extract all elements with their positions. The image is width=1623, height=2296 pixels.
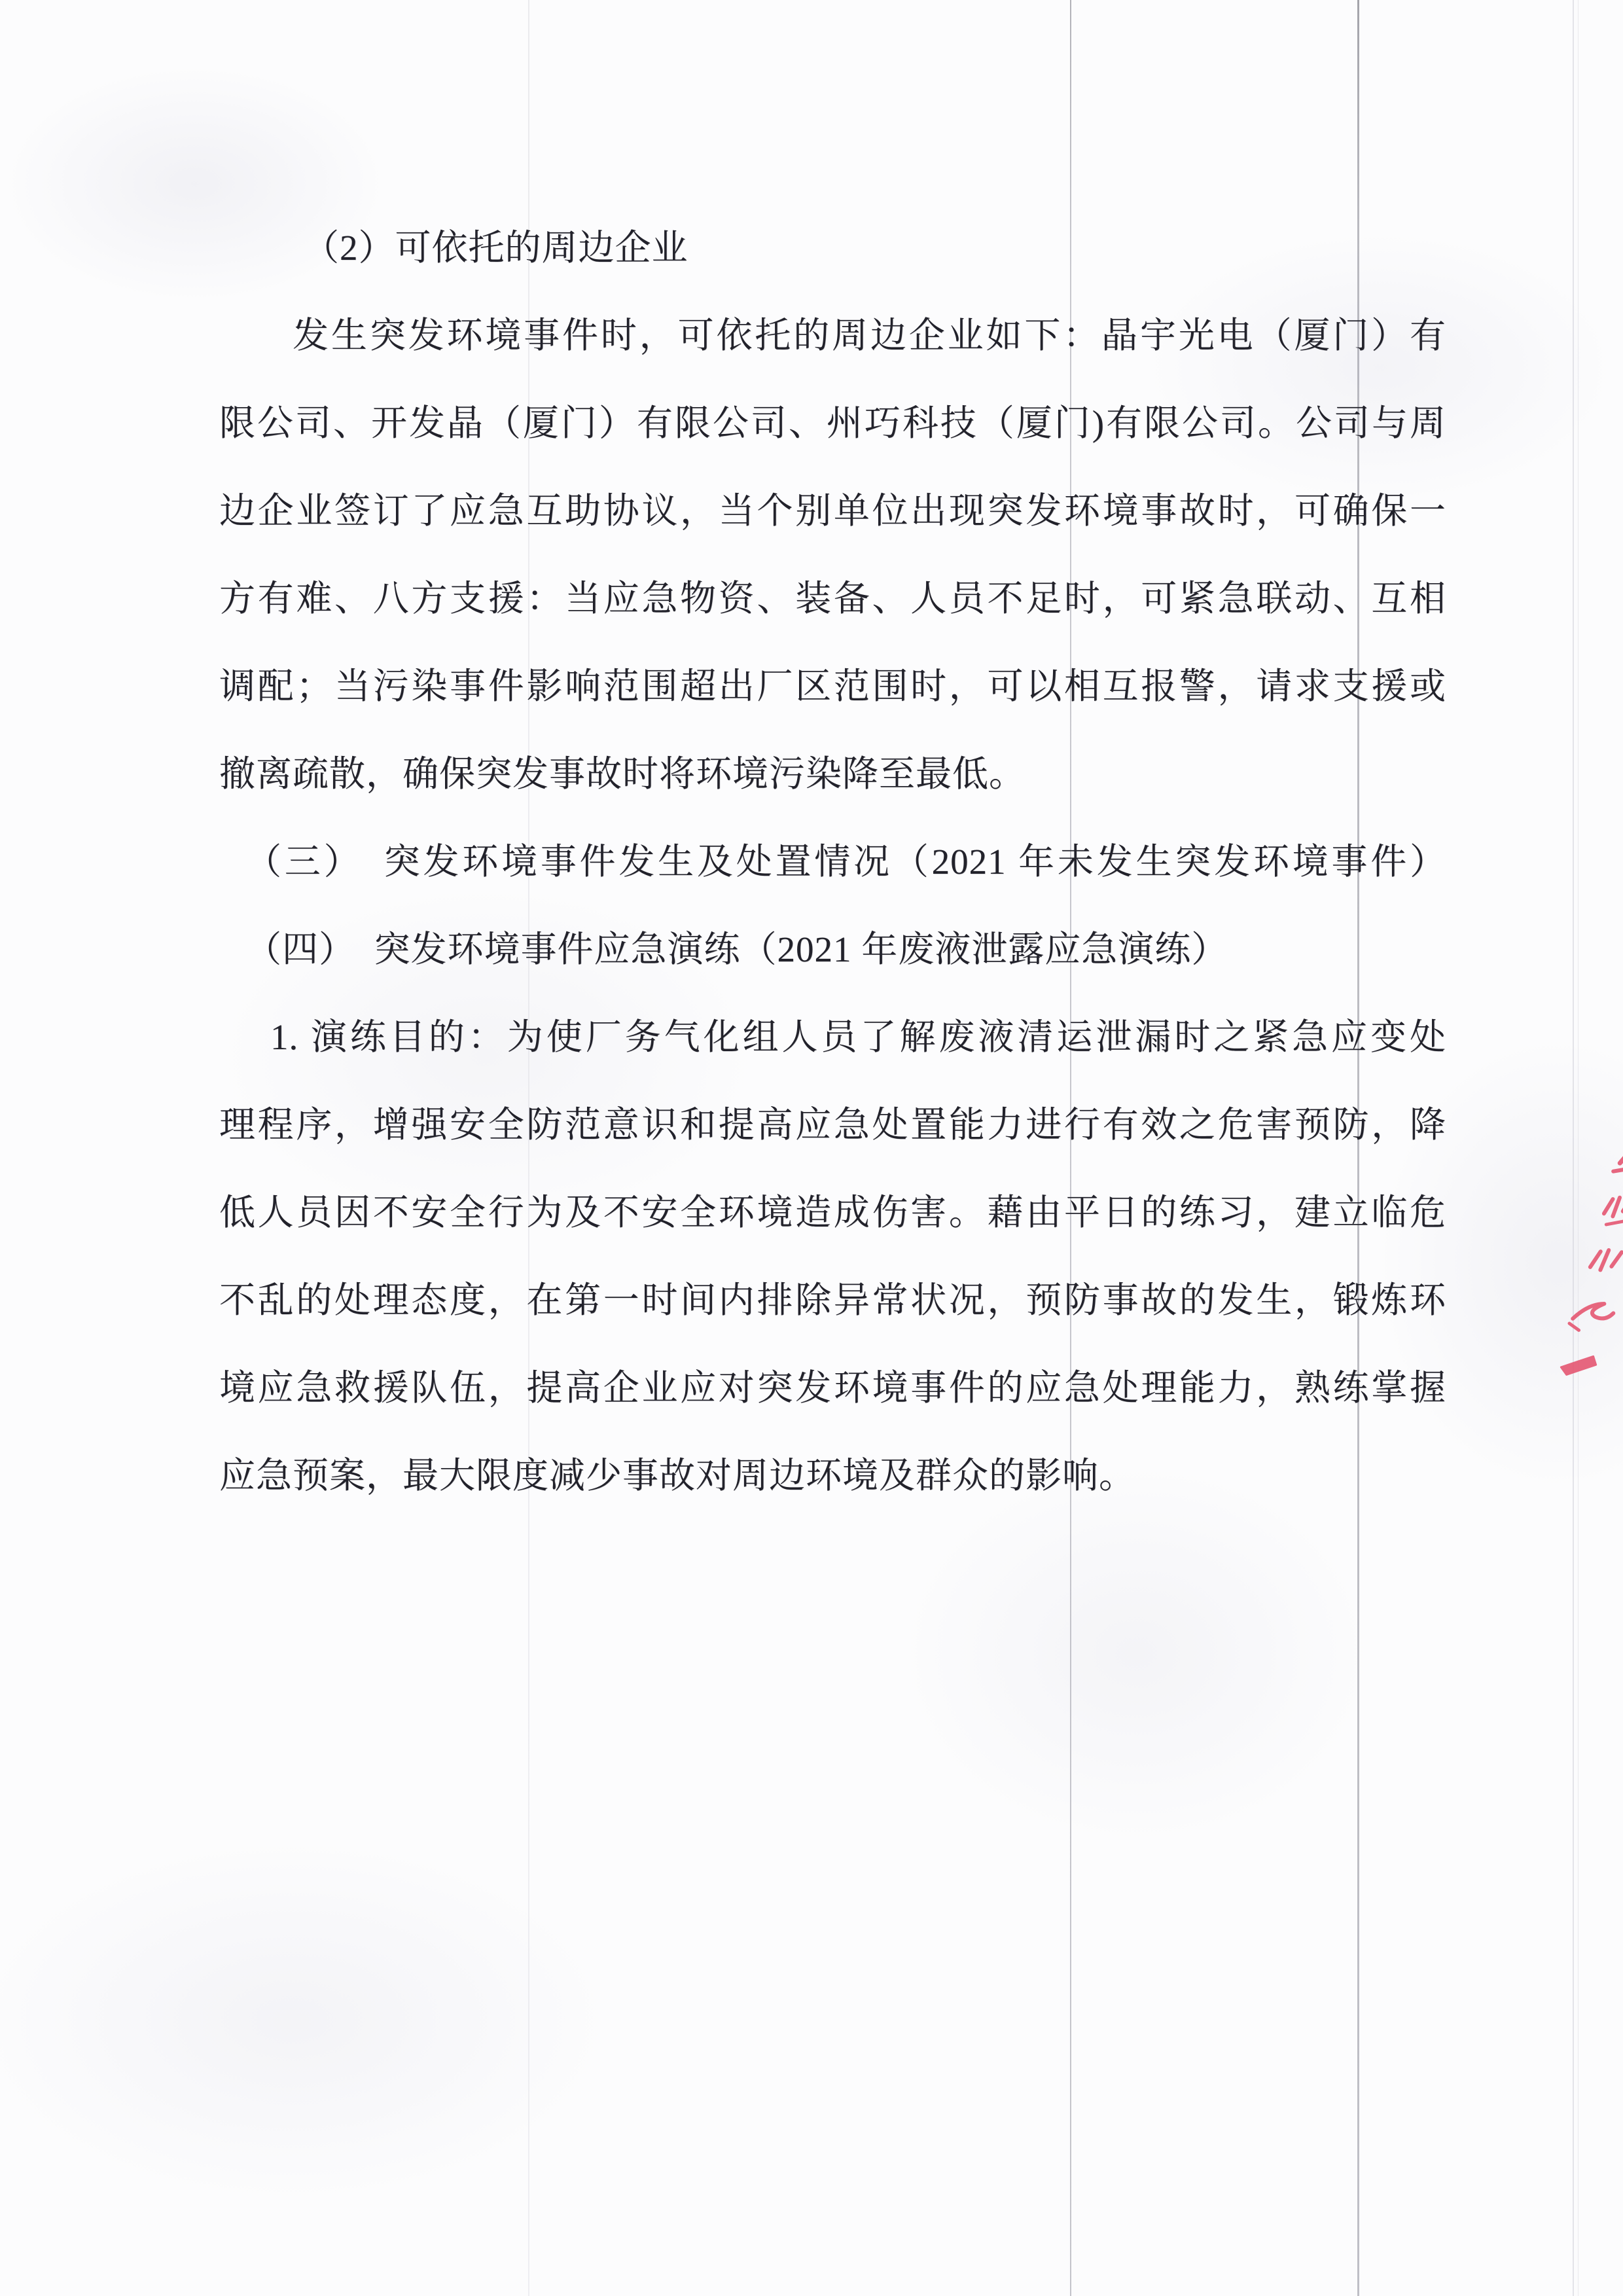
body-line: 不乱的处理态度，在第一时间内排除异常状况，预防事故的发生，锻炼环 xyxy=(219,1257,1446,1344)
scan-fold-line xyxy=(1573,0,1574,2296)
body-line: 理程序，增强安全防范意识和提高应急处置能力进行有效之危害预防，降 xyxy=(219,1081,1446,1169)
body-line: 边企业签订了应急互助协议，当个别单位出现突发环境事故时，可确保一 xyxy=(219,467,1446,555)
section-heading: （2）可依托的周边企业 xyxy=(219,204,1446,292)
body-line: 撤离疏散，确保突发事故时将环境污染降至最低。 xyxy=(219,730,1446,818)
list-heading: （三） 突发环境事件发生及处置情况（2021 年未发生突发环境事件） xyxy=(219,818,1446,906)
body-line: 调配；当污染事件影响范围超出厂区范围时，可以相互报警，请求支援或 xyxy=(219,643,1446,730)
body-line: 限公司、开发晶（厦门）有限公司、州巧科技（厦门)有限公司。公司与周 xyxy=(219,380,1446,467)
body-line: 境应急救援队伍，提高企业应对突发环境事件的应急处理能力，熟练掌握 xyxy=(219,1344,1446,1432)
scan-fold-line xyxy=(1578,0,1578,2296)
document-body: （2）可依托的周边企业发生突发环境事件时，可依托的周边企业如下：晶宇光电（厦门）… xyxy=(219,204,1446,1520)
body-line: 1. 演练目的：为使厂务气化组人员了解废液清运泄漏时之紧急应变处 xyxy=(219,994,1446,1081)
list-heading: （四） 突发环境事件应急演练（2021 年废液泄露应急演练） xyxy=(219,906,1446,994)
scanned-page: （2）可依托的周边企业发生突发环境事件时，可依托的周边企业如下：晶宇光电（厦门）… xyxy=(0,0,1623,2296)
body-line: 发生突发环境事件时，可依托的周边企业如下：晶宇光电（厦门）有 xyxy=(219,292,1446,380)
body-line: 应急预案，最大限度减少事故对周边环境及群众的影响。 xyxy=(219,1432,1446,1520)
body-line: 方有难、八方支援：当应急物资、装备、人员不足时，可紧急联动、互相 xyxy=(219,555,1446,643)
handwritten-red-margin-note xyxy=(1544,1076,1623,1409)
body-line: 低人员因不安全行为及不安全环境造成伤害。藉由平日的练习，建立临危 xyxy=(219,1169,1446,1257)
